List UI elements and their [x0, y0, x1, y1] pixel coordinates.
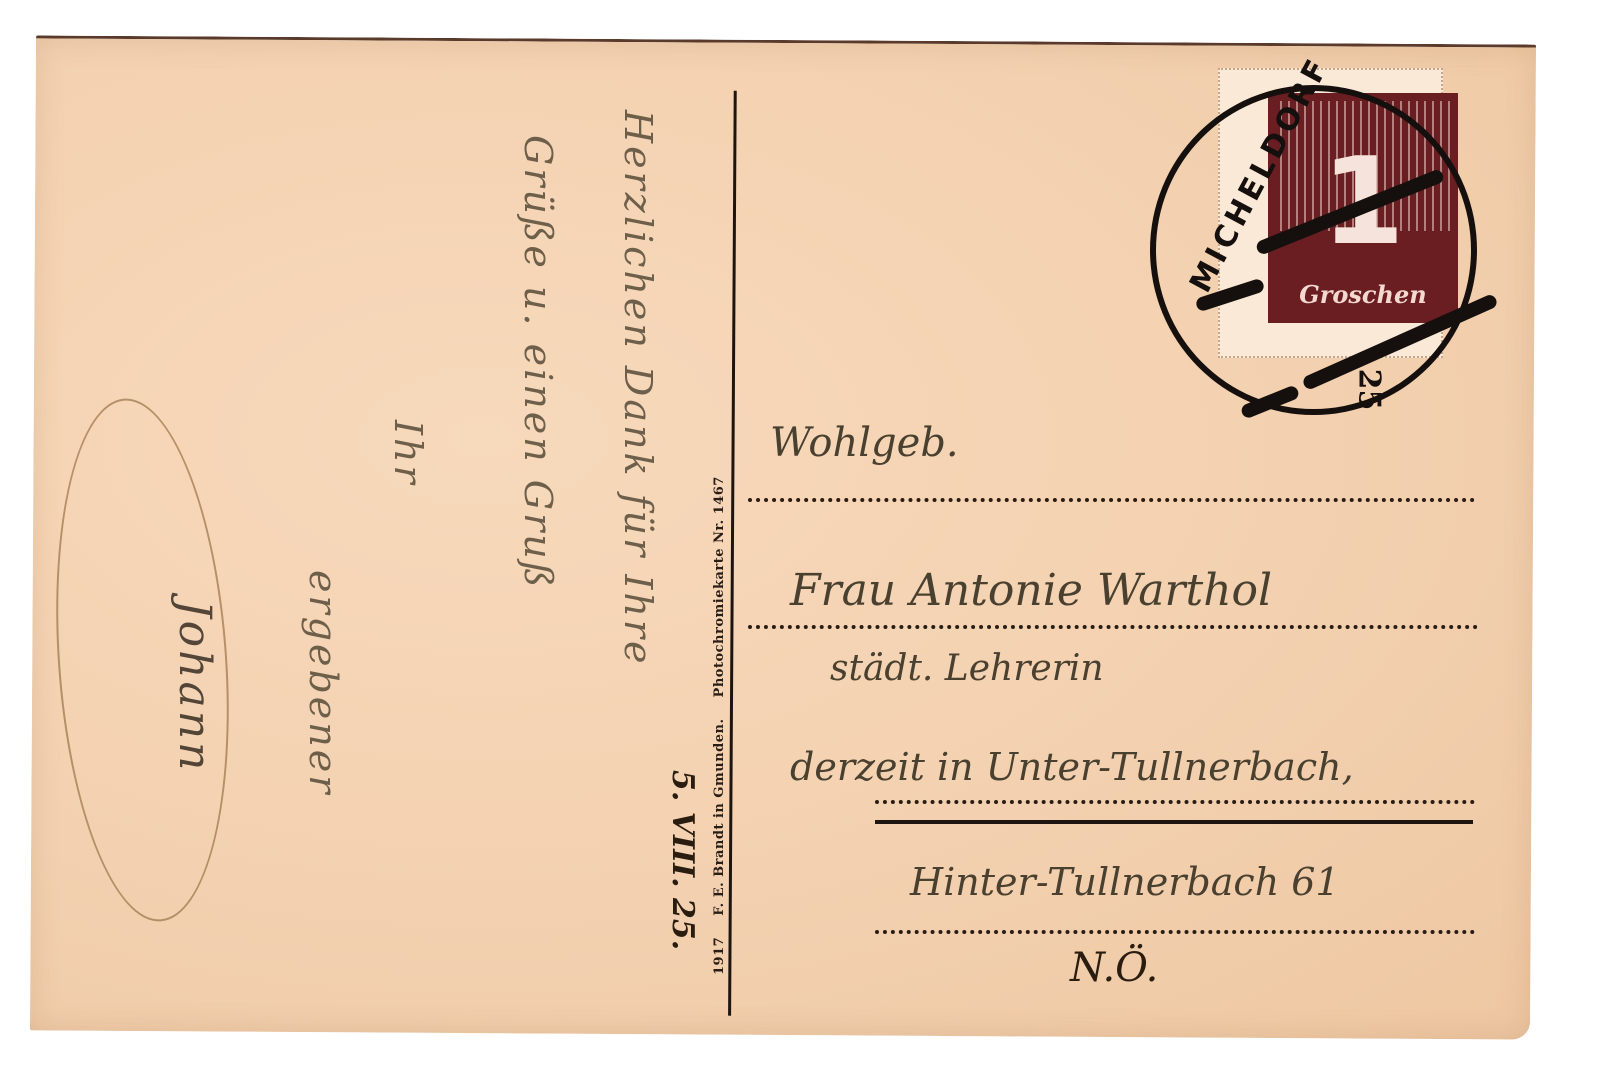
- address-dotted-line-3: [875, 800, 1475, 804]
- postmark-number: 25: [1351, 369, 1386, 411]
- address-recipient: Frau Antonie Warthol: [790, 565, 1272, 616]
- message-line-4: ergebener: [301, 570, 345, 796]
- address-street: Hinter-Tullnerbach 61: [910, 860, 1340, 904]
- address-region: N.Ö.: [1070, 945, 1158, 991]
- publisher-imprint: 1917 F. E. Brandt in Gmunden. Photochrom…: [712, 195, 727, 975]
- message-line-3: Ihr: [386, 420, 430, 487]
- address-salutation: Wohlgeb.: [770, 420, 959, 466]
- address-dotted-line-1: [748, 498, 1475, 502]
- address-town: derzeit in Unter-Tullnerbach,: [790, 745, 1354, 789]
- message-line-1: Herzlichen Dank für Ihre: [616, 110, 660, 667]
- address-dotted-line-4: [875, 930, 1475, 934]
- imprint-year: 1917: [712, 937, 727, 975]
- message-line-2: Grüße u. einen Gruß: [516, 135, 560, 590]
- message-date: 5. VIII. 25.: [665, 770, 700, 950]
- signature: Johann: [169, 600, 220, 773]
- address-occupation: städt. Lehrerin: [830, 648, 1104, 689]
- imprint-publisher: F. E. Brandt in Gmunden.: [712, 718, 727, 915]
- address-underline: [875, 820, 1473, 824]
- imprint-series: Photochromiekarte Nr. 1467: [712, 476, 727, 697]
- address-dotted-line-2: [748, 625, 1478, 629]
- center-divider-line: [728, 91, 737, 1016]
